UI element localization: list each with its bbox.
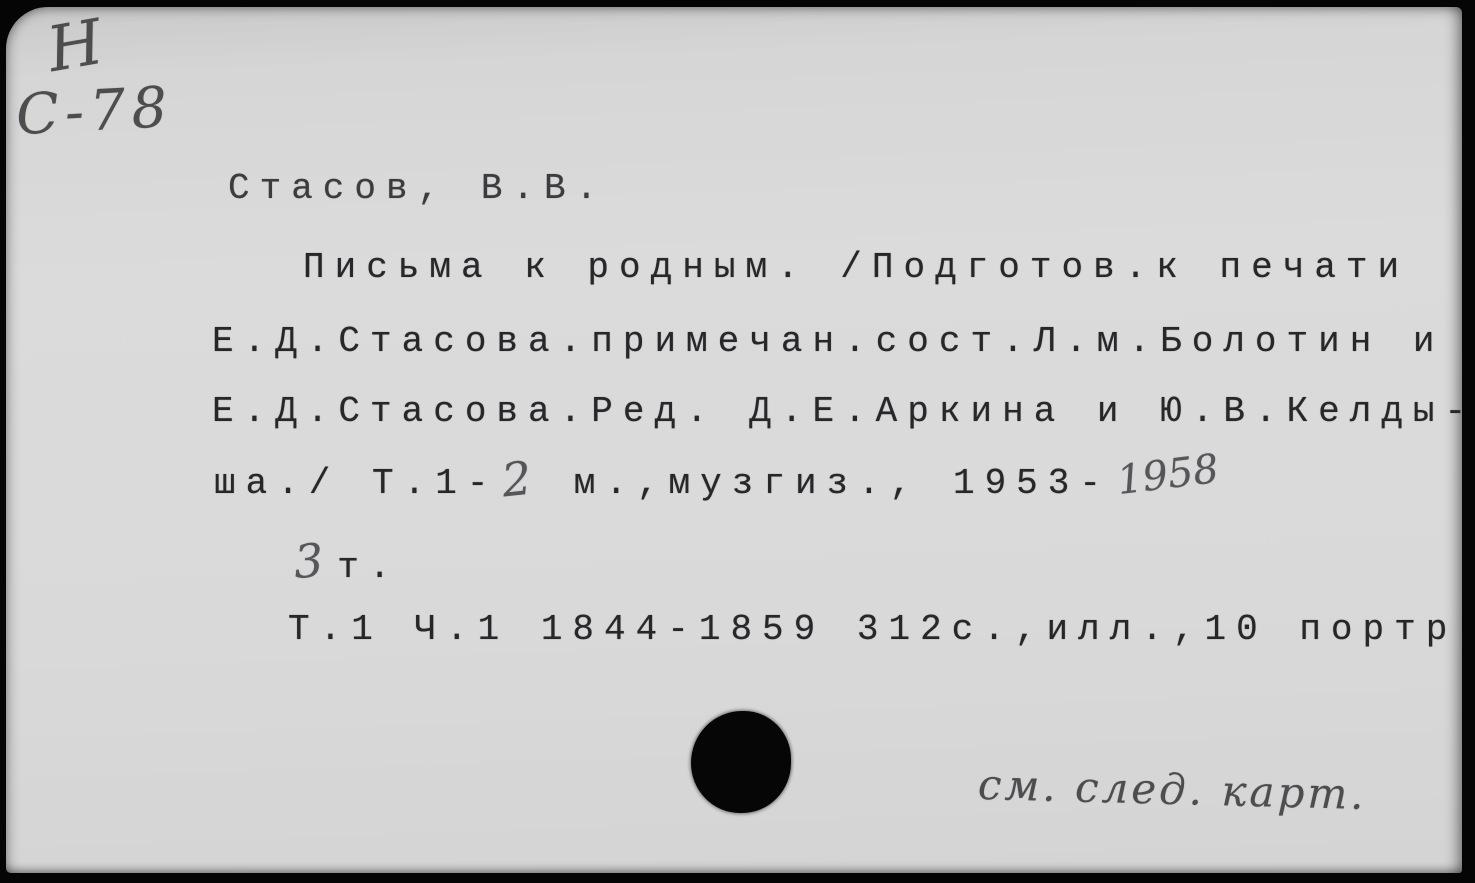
title-line: Письма к родным. /Подготов.к печати: [303, 247, 1409, 288]
volume-count-line: 3 т.: [294, 541, 401, 588]
holdings-line: Т.1 Ч.1 1844-1859 312с.,илл.,10 портр: [288, 609, 1457, 650]
handwritten-continuation-note: см. след. карт.: [977, 760, 1367, 819]
callmark-number: С-78: [14, 75, 174, 148]
callmark-letter: Н: [42, 5, 108, 86]
author-heading: Стасов, В.В.: [228, 168, 607, 209]
volumes-unit: т.: [337, 547, 400, 588]
statement-line-1: Е.Д.Стасова.примечан.сост.Л.м.Болотин и: [212, 321, 1445, 362]
scanned-catalog-card-page: Н С-78 Стасов, В.В. Письма к родным. /По…: [0, 0, 1475, 883]
handwritten-volume-range-end: 2: [501, 460, 534, 499]
statement-line-2: Е.Д.Стасова.Ред. Д.Е.Аркина и Ю.В.Келды-: [212, 391, 1475, 432]
handwritten-volume-count: 3: [293, 540, 325, 582]
imprint-prefix: ша./ Т.1-: [214, 463, 498, 504]
handwritten-year-end: 1958: [1115, 451, 1220, 499]
imprint-middle: м.,музгиз., 1953-: [574, 463, 1111, 504]
imprint-line: ша./ Т.1- 2 м.,музгиз., 1953- 1958: [214, 463, 1219, 504]
catalog-card: Н С-78 Стасов, В.В. Письма к родным. /По…: [6, 7, 1462, 873]
punch-hole-icon: [691, 711, 791, 813]
